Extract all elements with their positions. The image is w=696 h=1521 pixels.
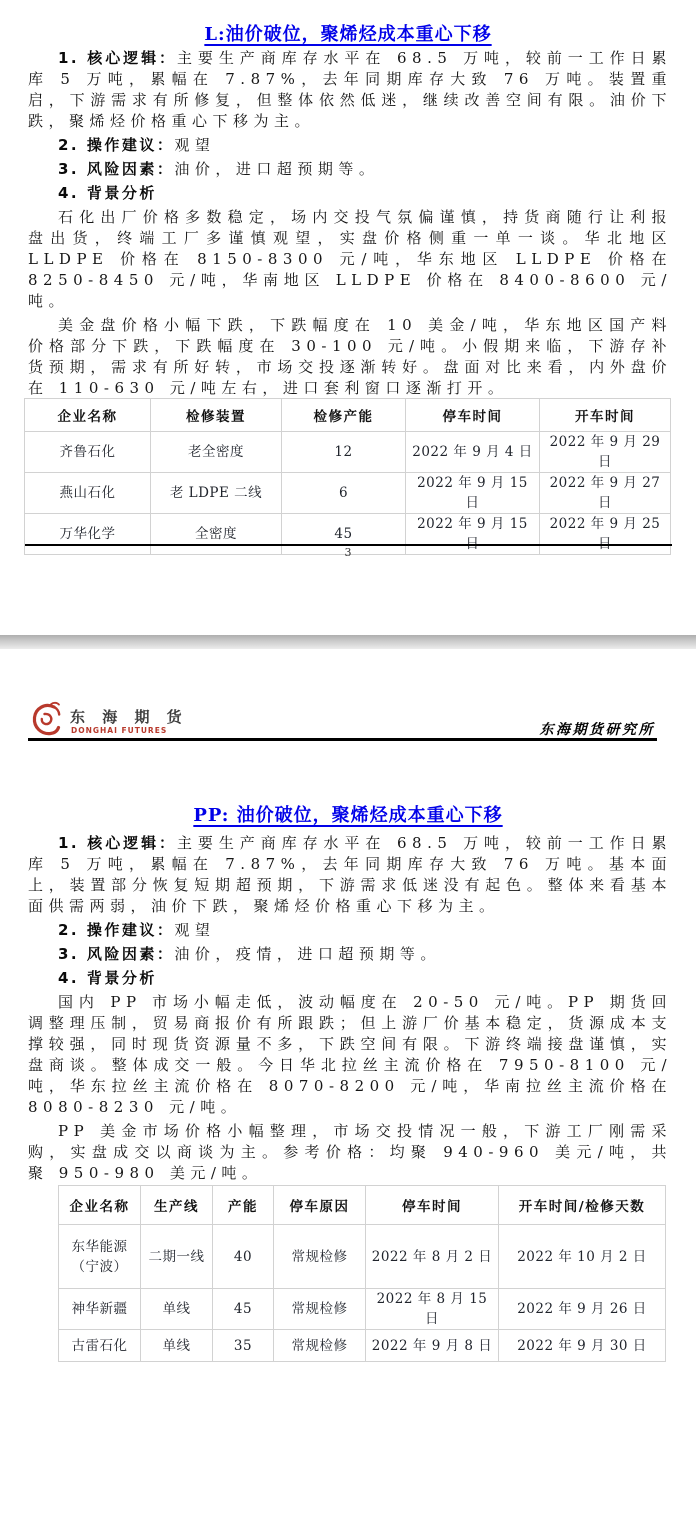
report-page-4: 东 海 期 货 DONGHAI FUTURES 东海期货研究所 PP: 油价破位… xyxy=(0,649,696,1521)
header-rule xyxy=(28,738,657,741)
table-cell: 45 xyxy=(213,1289,274,1330)
pp-operation-advice: 2. 操作建议：观望 xyxy=(28,920,672,941)
table-cell: 单线 xyxy=(141,1289,213,1330)
section-title-pp: PP: 油价破位，聚烯烃成本重心下移 xyxy=(0,801,696,827)
pp-background-heading: 4. 背景分析 xyxy=(28,968,672,989)
report-document: { "colors": { "title_blue": "#0101E8", "… xyxy=(0,0,696,1521)
logo-english-text: DONGHAI FUTURES xyxy=(71,726,167,735)
l-risk-factors-text: 油价，进口超预期等。 xyxy=(174,160,379,178)
table-row: 古雷石化 单线 35 常规检修 2022 年 9 月 8 日 2022 年 9 … xyxy=(59,1330,666,1362)
pp-core-logic-label: 1. 核心逻辑： xyxy=(58,834,177,852)
section-title-pp-link[interactable]: PP: 油价破位，聚烯烃成本重心下移 xyxy=(193,805,502,826)
table-row: 神华新疆 单线 45 常规检修 2022 年 8 月 15 日 2022 年 9… xyxy=(59,1289,666,1330)
col-header-start-days: 开车时间/检修天数 xyxy=(499,1186,666,1225)
table-cell: 单线 xyxy=(141,1330,213,1362)
report-page-3: L:油价破位，聚烯烃成本重心下移 1. 核心逻辑：主要生产商库存水平在 68.5… xyxy=(0,0,696,635)
col-header-stop-time: 停车时间 xyxy=(366,1186,499,1225)
table-cell: 二期一线 xyxy=(141,1225,213,1289)
table-cell: 2022 年 9 月 27 日 xyxy=(540,473,671,514)
research-institute-label: 东海期货研究所 xyxy=(540,719,656,739)
table-cell: 2022 年 9 月 8 日 xyxy=(366,1330,499,1362)
col-header-capacity: 检修产能 xyxy=(282,399,406,432)
col-header-start-time: 开车时间 xyxy=(540,399,671,432)
pp-risk-factors-label: 3. 风险因素： xyxy=(58,945,174,963)
logo-chinese-text: 东 海 期 货 xyxy=(70,706,188,727)
table-cell: 2022 年 9 月 4 日 xyxy=(406,432,540,473)
pp-core-logic: 1. 核心逻辑：主要生产商库存水平在 68.5 万吨，较前一工作日累库 5 万吨… xyxy=(28,833,672,917)
col-header-unit: 检修装置 xyxy=(151,399,282,432)
col-header-capacity: 产能 xyxy=(213,1186,274,1225)
table-cell: 古雷石化 xyxy=(59,1330,141,1362)
pp-risk-factors: 3. 风险因素：油价，疫情，进口超预期等。 xyxy=(28,944,672,965)
col-header-company: 企业名称 xyxy=(25,399,151,432)
l-core-logic-label: 1. 核心逻辑： xyxy=(58,49,177,67)
section-title-l: L:油价破位，聚烯烃成本重心下移 xyxy=(0,20,696,46)
pp-section-body: 1. 核心逻辑：主要生产商库存水平在 68.5 万吨，较前一工作日累库 5 万吨… xyxy=(28,833,672,1185)
l-risk-factors: 3. 风险因素：油价，进口超预期等。 xyxy=(28,159,672,180)
table-row: 燕山石化 老 LDPE 二线 6 2022 年 9 月 15 日 2022 年 … xyxy=(25,473,671,514)
pp-operation-advice-label: 2. 操作建议： xyxy=(58,921,174,939)
table-cell: 35 xyxy=(213,1330,274,1362)
l-maintenance-table: 企业名称 检修装置 检修产能 停车时间 开车时间 齐鲁石化 老全密度 12 20… xyxy=(24,398,671,555)
table-cell: 常规检修 xyxy=(274,1289,366,1330)
table-cell: 12 xyxy=(282,432,406,473)
table-cell: 常规检修 xyxy=(274,1225,366,1289)
col-header-stop-reason: 停车原因 xyxy=(274,1186,366,1225)
pp-background-heading-label: 4. 背景分析 xyxy=(58,969,157,987)
table-row: 齐鲁石化 老全密度 12 2022 年 9 月 4 日 2022 年 9 月 2… xyxy=(25,432,671,473)
pp-maintenance-table: 企业名称 生产线 产能 停车原因 停车时间 开车时间/检修天数 东华能源（宁波）… xyxy=(58,1185,666,1362)
l-background-heading-label: 4. 背景分析 xyxy=(58,184,157,202)
table-cell: 2022 年 8 月 15 日 xyxy=(366,1289,499,1330)
table-cell: 2022 年 8 月 2 日 xyxy=(366,1225,499,1289)
table-cell: 老 LDPE 二线 xyxy=(151,473,282,514)
l-core-logic: 1. 核心逻辑：主要生产商库存水平在 68.5 万吨，较前一工作日累库 5 万吨… xyxy=(28,48,672,132)
l-risk-factors-label: 3. 风险因素： xyxy=(58,160,174,178)
l-operation-advice-label: 2. 操作建议： xyxy=(58,136,174,154)
col-header-stop-time: 停车时间 xyxy=(406,399,540,432)
col-header-line: 生产线 xyxy=(141,1186,213,1225)
pp-background-paragraph-1: 国内 PP 市场小幅走低，波动幅度在 20-50 元/吨。PP 期货回调整理压制… xyxy=(28,992,672,1118)
col-header-company: 企业名称 xyxy=(59,1186,141,1225)
table-cell: 2022 年 9 月 30 日 xyxy=(499,1330,666,1362)
pp-background-paragraph-2: PP 美金市场价格小幅整理，市场交投情况一般，下游工厂刚需采购，实盘成交以商谈为… xyxy=(28,1121,672,1184)
page-number: 3 xyxy=(0,546,696,559)
table-cell: 40 xyxy=(213,1225,274,1289)
table-cell: 2022 年 9 月 29 日 xyxy=(540,432,671,473)
dragon-emblem-icon xyxy=(30,701,63,741)
pp-operation-advice-text: 观望 xyxy=(174,921,215,939)
table-cell: 燕山石化 xyxy=(25,473,151,514)
l-operation-advice: 2. 操作建议：观望 xyxy=(28,135,672,156)
section-title-l-link[interactable]: L:油价破位，聚烯烃成本重心下移 xyxy=(204,24,491,45)
table-cell: 东华能源（宁波） xyxy=(59,1225,141,1289)
company-logo: 东 海 期 货 DONGHAI FUTURES xyxy=(30,701,260,743)
l-background-heading: 4. 背景分析 xyxy=(28,183,672,204)
table-header-row: 企业名称 检修装置 检修产能 停车时间 开车时间 xyxy=(25,399,671,432)
table-cell: 6 xyxy=(282,473,406,514)
l-section-body: 1. 核心逻辑：主要生产商库存水平在 68.5 万吨，较前一工作日累库 5 万吨… xyxy=(28,48,672,398)
pp-risk-factors-text: 油价，疫情，进口超预期等。 xyxy=(174,945,441,963)
table-row: 东华能源（宁波） 二期一线 40 常规检修 2022 年 8 月 2 日 202… xyxy=(59,1225,666,1289)
table-cell: 神华新疆 xyxy=(59,1289,141,1330)
table-cell: 老全密度 xyxy=(151,432,282,473)
table-cell: 2022 年 9 月 15 日 xyxy=(406,473,540,514)
l-background-paragraph-2: 美金盘价格小幅下跌，下跌幅度在 10 美金/吨，华东地区国产料价格部分下跌，下跌… xyxy=(28,315,672,398)
table-cell: 常规检修 xyxy=(274,1330,366,1362)
l-background-paragraph-1: 石化出厂价格多数稳定，场内交投气氛偏谨慎，持货商随行让利报盘出货，终端工厂多谨慎… xyxy=(28,207,672,312)
l-operation-advice-text: 观望 xyxy=(174,136,215,154)
page-separator xyxy=(0,635,696,649)
table-header-row: 企业名称 生产线 产能 停车原因 停车时间 开车时间/检修天数 xyxy=(59,1186,666,1225)
table-cell: 2022 年 10 月 2 日 xyxy=(499,1225,666,1289)
table-cell: 齐鲁石化 xyxy=(25,432,151,473)
table-cell: 2022 年 9 月 26 日 xyxy=(499,1289,666,1330)
